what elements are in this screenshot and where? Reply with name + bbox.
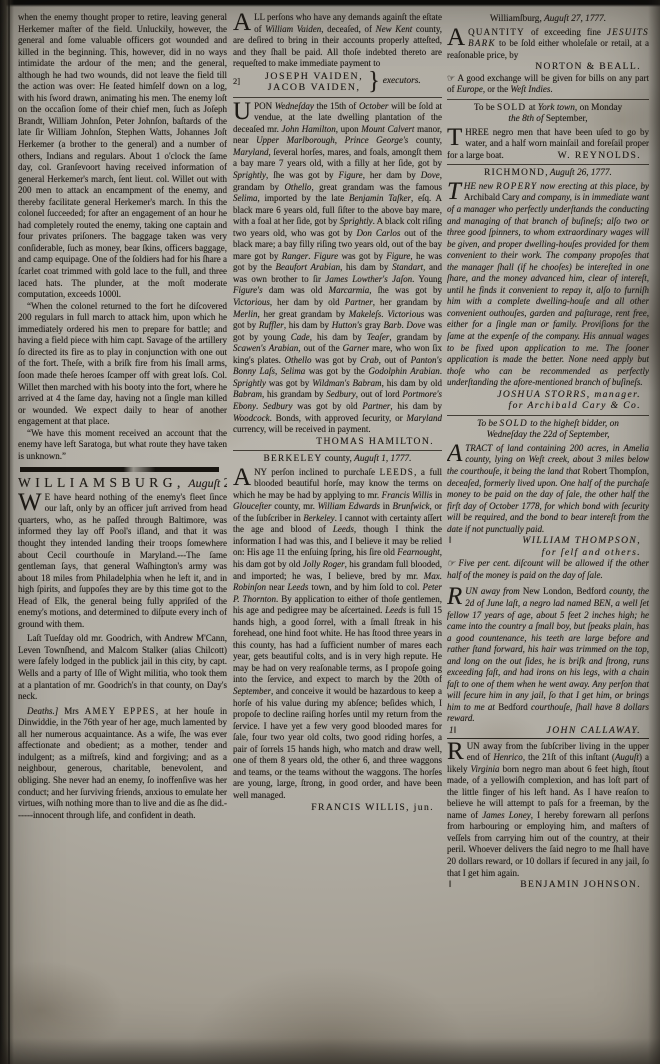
binding-crease (8, 0, 10, 1064)
executors-label: executors. (383, 76, 421, 88)
news-paragraph: when the enemy thought proper to retire,… (18, 12, 227, 301)
news-paragraph: ATRACT of land containing 200 acres, in … (447, 443, 649, 535)
signature: JOSHUA STORRS, manager. (447, 389, 649, 401)
column-middle: ALL perſons who have any demands againſt… (233, 12, 442, 1052)
section-rule (233, 97, 442, 98)
dropcap-initial: R (447, 741, 467, 762)
executor-name: JOSEPH VAIDEN, (265, 71, 363, 83)
column-right: Williamſburg, Auguſt 27, 1777.AQUANTITY … (447, 12, 649, 1052)
section-heading: WILLIAMSBURG, Auguſt 29. (18, 475, 227, 491)
city-name: WILLIAMSBURG, (18, 475, 185, 490)
scan-edge-right (648, 0, 660, 1064)
dateline-heading: Williamſburg, Auguſt 27, 1777. (447, 14, 649, 26)
signature: for Archibald Cary & Co. (447, 400, 649, 412)
signature: THOMAS HAMILTON. (233, 436, 442, 448)
section-rule (447, 164, 649, 165)
scan-edge-left (0, 0, 14, 1064)
news-paragraph: WE have heard nothing of the enemy's fle… (18, 492, 227, 631)
printer-mark: 1‖ (449, 725, 456, 737)
signature: NORTON & BEALL. (447, 61, 649, 73)
dropcap-initial: T (447, 127, 465, 148)
newspaper-scan: when the enemy thought proper to retire,… (0, 0, 660, 1064)
dropcap-initial: R (447, 586, 465, 607)
news-paragraph: “We have this moment received an account… (18, 428, 227, 463)
signature: 1‖JOHN CALLAWAY. (447, 725, 649, 739)
brace-glyph: } (368, 76, 380, 88)
news-paragraph: ☞ Five per cent. diſcount will be allowe… (447, 558, 649, 581)
ad-heading: To be SOLD at York town, on Mondaythe 8t… (447, 103, 649, 126)
dropcap-initial: U (233, 101, 254, 122)
scan-edge-bottom (0, 1038, 660, 1064)
executor-name: JACOB VAIDEN, (265, 82, 363, 94)
executors-block: 2]JOSEPH VAIDEN,JACOB VAIDEN,}executors. (233, 71, 442, 94)
news-paragraph: ☞ A good exchange will be given for bill… (447, 73, 649, 96)
signature: ‖WILLIAM THOMPSON, (447, 535, 649, 547)
news-paragraph: “When the colonel returned to the fort h… (18, 301, 227, 428)
signature: W. REYNOLDS. (447, 150, 649, 162)
news-paragraph: ANY perſon inclined to purchaſe LEEDS, a… (233, 467, 442, 802)
scan-edge-top (0, 0, 660, 7)
printer-mark: ‖ (449, 879, 452, 891)
news-paragraph: RUN away from New London, Bedford county… (447, 586, 649, 725)
dateline-heading: BERKELEY county, Auguſt 1, 1777. (233, 454, 442, 466)
signature: for ſelf and others. (447, 547, 649, 559)
news-paragraph: Laſt Tueſday old mr. Goodrich, with Andr… (18, 633, 227, 702)
news-paragraph: UPON Wedneſday the 15th of October will … (233, 101, 442, 436)
news-paragraph: Deaths.] Mrs AMEY EPPES, at her houſe in… (18, 706, 227, 821)
section-rule (447, 415, 649, 416)
dropcap-initial: A (447, 27, 468, 48)
dropcap-initial: T (447, 181, 464, 202)
dropcap-initial: A (233, 467, 254, 488)
column-left: when the enemy thought proper to retire,… (18, 12, 227, 1052)
executor-names: JOSEPH VAIDEN,JACOB VAIDEN, (265, 71, 363, 94)
news-paragraph: ALL perſons who have any demands againſt… (233, 12, 442, 70)
ad-heading: To be SOLD to the higheſt bidder, onWedn… (447, 419, 649, 442)
printer-mark: 2] (233, 76, 251, 88)
dropcap-initial: A (447, 443, 465, 464)
signature: ‖BENJAMIN JOHNSON. (447, 879, 649, 891)
section-rule (447, 99, 649, 100)
section-rule (233, 450, 442, 451)
dateline-heading: RICHMOND, Auguſt 26, 1777. (447, 168, 649, 180)
printer-mark: ‖ (449, 535, 452, 547)
dropcap-initial: A (233, 12, 254, 33)
dropcap-initial: W (18, 492, 45, 513)
news-paragraph: AQUANTITY of exceeding fine JESUITS BARK… (447, 27, 649, 62)
section-rule (20, 467, 219, 472)
news-paragraph: THE new ROPERY now erecting at this plac… (447, 181, 649, 389)
signature: FRANCIS WILLIS, jun. (233, 802, 442, 814)
news-paragraph: RUN away from the ſubſcriber living in t… (447, 741, 649, 880)
